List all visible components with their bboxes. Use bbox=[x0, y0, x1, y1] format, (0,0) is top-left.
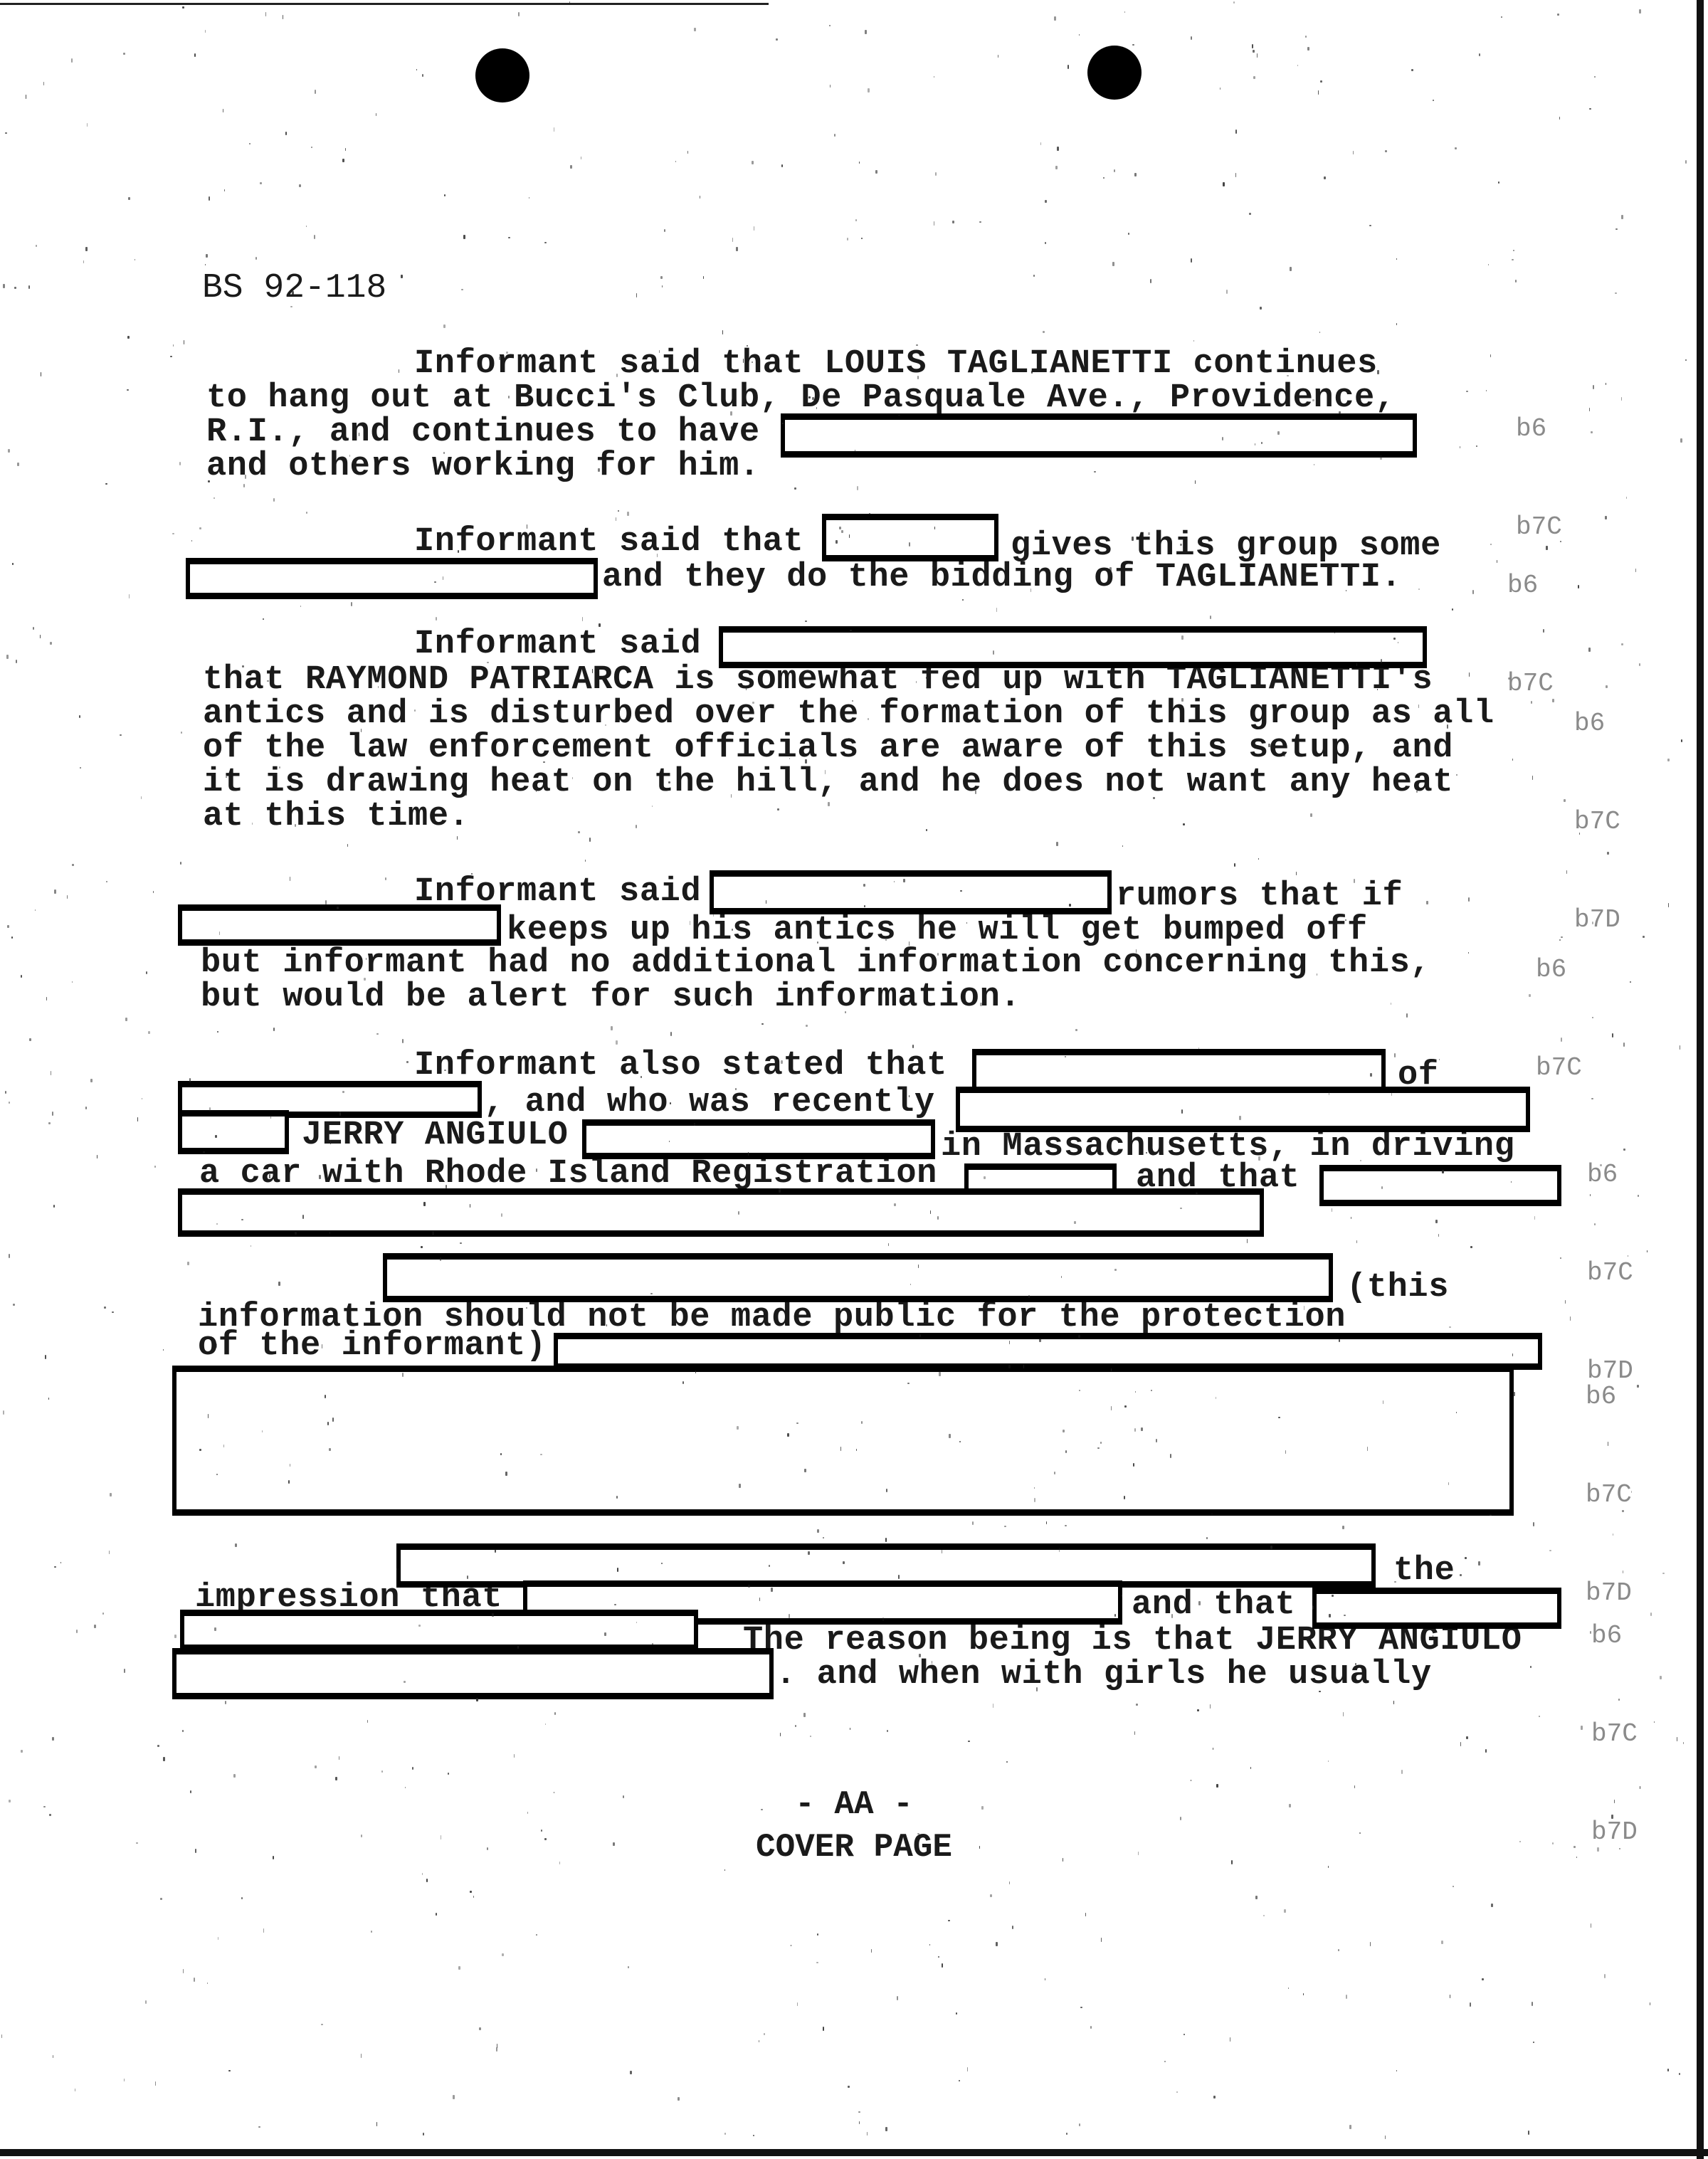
text-line: , and who was recently bbox=[484, 1086, 935, 1120]
text-line: at this time. bbox=[203, 800, 469, 834]
redaction-box bbox=[582, 1119, 935, 1159]
text-line: of the law enforcement officials are awa… bbox=[203, 732, 1453, 766]
text-line: to hang out at Bucci's Club, De Pasquale… bbox=[206, 381, 1396, 416]
redaction-box bbox=[178, 904, 501, 946]
text-line: a car with Rhode Island Registration bbox=[199, 1157, 937, 1191]
text-line: it is drawing heat on the hill, and he d… bbox=[203, 766, 1453, 800]
text-line: but would be alert for such information. bbox=[201, 981, 1021, 1015]
text-line: of the informant) bbox=[198, 1329, 547, 1363]
text-line: Informant said that bbox=[414, 525, 803, 559]
redaction-box bbox=[172, 1366, 1514, 1516]
text-line: Informant said bbox=[414, 628, 701, 662]
text-line: The reason being is that JERRY ANGIULO bbox=[743, 1624, 1522, 1658]
redaction-box bbox=[781, 413, 1417, 458]
text-line: and they do the bidding of TAGLIANETTI. bbox=[602, 561, 1401, 595]
text-line: that RAYMOND PATRIARCA is somewhat fed u… bbox=[203, 663, 1433, 697]
file-number: BS 92-118 bbox=[202, 269, 386, 307]
text-line: but informant had no additional informat… bbox=[201, 946, 1430, 981]
exemption-code: b7C bbox=[1591, 1718, 1684, 1751]
text-line: R.I., and continues to have bbox=[206, 416, 760, 450]
exemption-code: b6 bbox=[1586, 1381, 1678, 1413]
redaction-box bbox=[956, 1087, 1530, 1132]
text-line: Informant said that LOUIS TAGLIANETTI co… bbox=[414, 347, 1378, 381]
redaction-box bbox=[710, 870, 1112, 914]
redaction-box bbox=[178, 1188, 1264, 1237]
redaction-box bbox=[172, 1648, 774, 1699]
punch-hole-right-icon bbox=[1087, 46, 1142, 100]
exemption-code: b7C bbox=[1586, 1479, 1678, 1511]
text-line: and others working for him. bbox=[206, 450, 760, 484]
exemption-code: b6 bbox=[1574, 707, 1667, 740]
text-line: Informant also stated that bbox=[414, 1049, 947, 1083]
scan-edge-bottom bbox=[0, 2149, 1708, 2156]
exemption-code: b7C bbox=[1587, 1257, 1680, 1289]
punch-hole-left-icon bbox=[475, 48, 529, 102]
redaction-box bbox=[1312, 1588, 1561, 1629]
exemption-code: b6 bbox=[1536, 954, 1628, 986]
text-line: (this bbox=[1346, 1271, 1449, 1305]
text-line: the bbox=[1393, 1554, 1455, 1588]
text-line: rumors that if bbox=[1116, 880, 1403, 914]
exemption-code: b6 bbox=[1516, 413, 1608, 445]
scan-edge-top bbox=[0, 3, 769, 5]
redaction-box bbox=[1319, 1165, 1561, 1206]
exemption-code: b6 bbox=[1587, 1158, 1680, 1191]
document-page: BS 92-118 Informant said that LOUIS TAGL… bbox=[0, 0, 1708, 2159]
redaction-box bbox=[178, 1110, 289, 1154]
page-marker: - AA - bbox=[0, 1786, 1708, 1823]
cover-page-label: COVER PAGE bbox=[0, 1829, 1708, 1866]
text-line: antics and is disturbed over the formati… bbox=[203, 697, 1494, 732]
text-line: and that bbox=[1132, 1588, 1295, 1622]
text-line: keeps up his antics he will get bumped o… bbox=[507, 914, 1368, 948]
exemption-code: b6 bbox=[1507, 569, 1600, 602]
redaction-box bbox=[383, 1253, 1333, 1302]
exemption-code: b7C bbox=[1574, 806, 1667, 838]
exemption-code: b7C bbox=[1536, 1052, 1628, 1084]
redaction-box bbox=[719, 626, 1427, 668]
redaction-box bbox=[180, 1610, 698, 1651]
redaction-box bbox=[186, 558, 598, 599]
text-line: JERRY ANGIULO bbox=[302, 1119, 568, 1153]
exemption-code: b6 bbox=[1591, 1620, 1684, 1652]
text-line: . and when with girls he usually bbox=[776, 1658, 1432, 1692]
redaction-box bbox=[554, 1333, 1542, 1370]
